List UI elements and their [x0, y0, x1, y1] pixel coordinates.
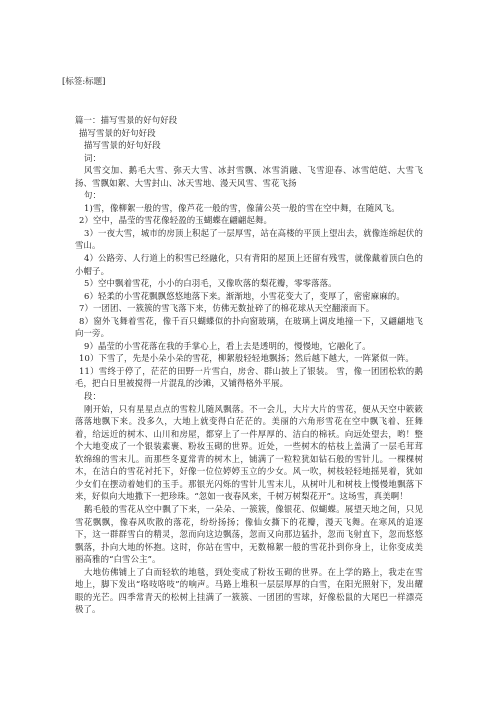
- sentence-item: 3）一夜大雪，城市的房顶上积起了一层厚雪，站在高楼的平顶上望出去，就像连绵起伏的…: [75, 227, 423, 252]
- sentence-item: 10）下雪了，先是小朵小朵的雪花，柳絮般轻轻地飘扬；然后越下越大，一阵紧似一阵。: [75, 352, 423, 365]
- paragraphs-label: 段：: [75, 390, 423, 403]
- sentence-item: 9）晶莹的小雪花落在我的手掌心上，看上去是透明的，慢慢地，它融化了。: [75, 340, 423, 353]
- paragraph: 鹅毛般的雪花从空中飘了下来，一朵朵、一簇簇，像银花、似蝴蝶。展望天地之间，只见雪…: [75, 503, 423, 566]
- sentence-item: 8）窗外飞舞着雪花，像千百只蝴蝶似的扑向窗玻璃，在玻璃上调皮地撞一下，又翩翩地飞…: [75, 315, 423, 340]
- document-body: 篇一：描写雪景的好句好段 描写雪景的好句好段 描写雪景的好句好段 词： 风雪交加…: [75, 114, 423, 616]
- tag-label: [标签:标题]: [62, 75, 106, 87]
- words-label: 词：: [75, 152, 423, 165]
- article-subtitle: 描写雪景的好句好段: [75, 139, 423, 152]
- paragraph: 刚开始，只有星星点点的雪粒儿随风飘落。不一会儿，大片大片的雪花，便从天空中簌簌落…: [75, 403, 423, 503]
- sentence-item: 2）空中，晶莹的雪花像轻盈的玉蝴蝶在翩翩起舞。: [75, 214, 423, 227]
- sentence-item: 6）轻柔的小雪花飘飘悠悠地落下来。渐渐地，小雪花变大了，变厚了，密密麻麻的。: [75, 290, 423, 303]
- paragraph: 大地仿佛铺上了白而轻软的地毯，到处变成了粉妆玉砌的世界。在上学的路上，我走在雪地…: [75, 566, 423, 616]
- sentence-item: 7）一团团、一簇簇的雪飞落下来，仿佛无数扯碎了的棉花球从天空翻滚而下。: [75, 302, 423, 315]
- sentences-label: 句：: [75, 189, 423, 202]
- sentence-item: 1)雪，像柳絮一般的雪，像芦花一般的雪，像蒲公英一般的雪在空中舞，在随风飞。: [75, 202, 423, 215]
- article-title: 篇一：描写雪景的好句好段: [75, 114, 423, 127]
- sentence-item: 4）公路旁、人行道上的积雪已经融化，只有背阳的屋顶上还留有残雪，就像戴着顶白色的…: [75, 252, 423, 277]
- article-subtitle: 描写雪景的好句好段: [75, 127, 423, 140]
- sentence-item: 11）雪终于停了，茫茫的田野一片雪白，房舍、群山披上了银装。 雪，像一团团松软的…: [75, 365, 423, 390]
- sentence-item: 5）空中飘着雪花，小小的白羽毛，又像吹落的梨花瓣，零零落落。: [75, 277, 423, 290]
- words-list: 风雪交加、鹅毛大雪、弥天大雪、冰封雪飘、冰雪消融、飞雪迎春、冰雪皑皑、大雪飞扬、…: [75, 164, 423, 189]
